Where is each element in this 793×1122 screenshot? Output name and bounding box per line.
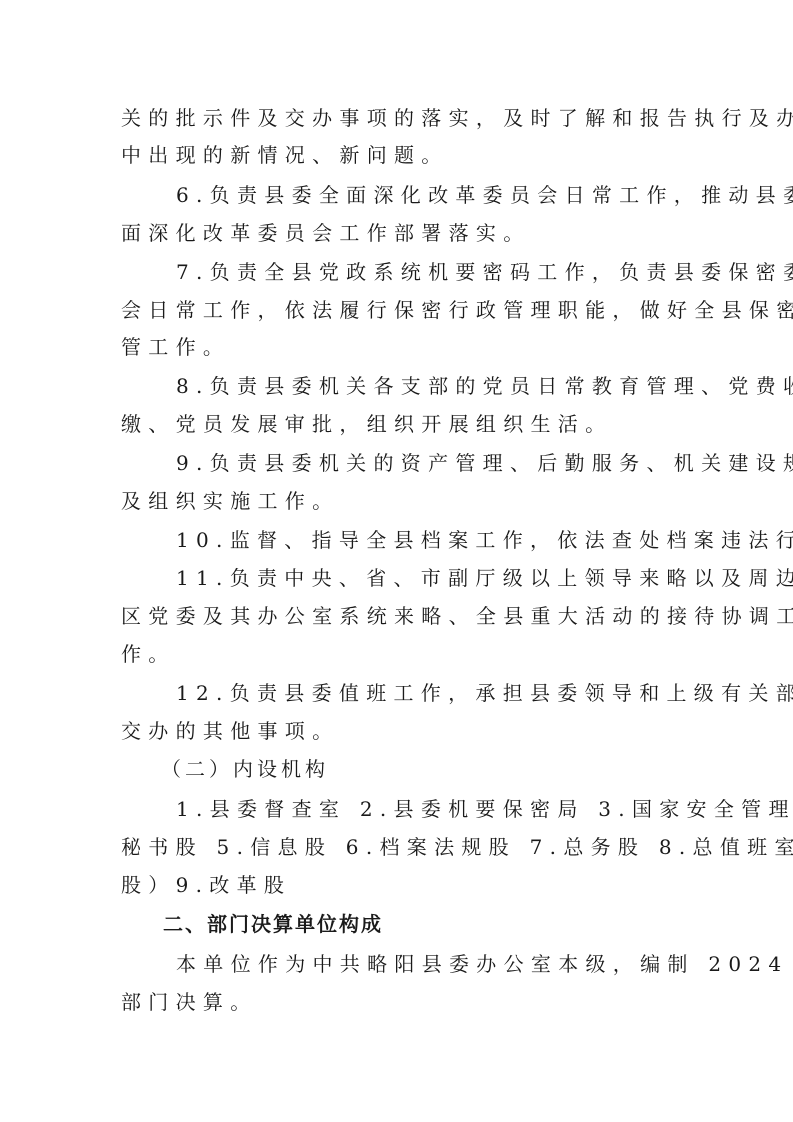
text-line: 会日常工作，依法履行保密行政管理职能，做好全县保密监 [121, 298, 793, 322]
list-item-11: 11.负责中央、省、市副厅级以上领导来略以及周边县 [176, 566, 793, 590]
list-item-8: 8.负责县委机关各支部的党员日常教育管理、党费收 [176, 374, 793, 398]
list-item-9: 9.负责县委机关的资产管理、后勤服务、机关建设规划 [176, 451, 793, 475]
text-line: 作。 [121, 642, 176, 666]
text-line: 缴、党员发展审批，组织开展组织生活。 [121, 412, 612, 436]
text-line: 管工作。 [121, 335, 230, 359]
text-line: 及组织实施工作。 [121, 489, 339, 513]
text-line: 部门决算。 [121, 990, 258, 1014]
text-line: 面深化改革委员会工作部署落实。 [121, 221, 531, 245]
list-item-7: 7.负责全县党政系统机要密码工作，负责县委保密委员 [176, 260, 793, 284]
internal-units-list: 1.县委督查室 2.县委机要保密局 3.国家安全管理股 4. [176, 797, 793, 821]
text-line: 中出现的新情况、新问题。 [121, 143, 449, 167]
list-item-12: 12.负责县委值班工作，承担县委领导和上级有关部门 [176, 681, 793, 705]
section-subheading: （二）内设机构 [161, 757, 329, 781]
text-line: 股）9.改革股 [121, 873, 291, 897]
list-item-6: 6.负责县委全面深化改革委员会日常工作，推动县委全 [176, 183, 793, 207]
body-paragraph: 本单位作为中共略阳县委办公室本级，编制 2024 年度 [176, 952, 793, 976]
text-line: 交办的其他事项。 [121, 719, 339, 743]
section-heading: 二、部门决算单位构成 [163, 912, 383, 936]
text-line: 关的批示件及交办事项的落实，及时了解和报告执行及办理 [121, 106, 793, 130]
text-line: 区党委及其办公室系统来略、全县重大活动的接待协调工 [121, 604, 793, 628]
list-item-10: 10.监督、指导全县档案工作，依法查处档案违法行为。 [176, 528, 793, 552]
text-line: 秘书股 5.信息股 6.档案法规股 7.总务股 8.总值班室（政办 [121, 835, 793, 859]
